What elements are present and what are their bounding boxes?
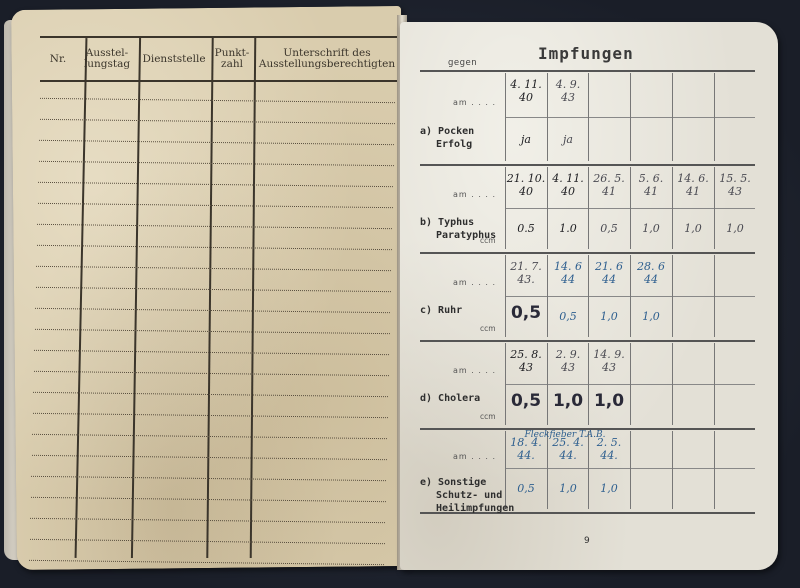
column-divider	[588, 73, 589, 161]
handwritten-note: Fleckfieber T.A.B.	[505, 429, 625, 442]
section-label-c: c) Ruhr	[420, 304, 462, 317]
column-divider	[630, 73, 631, 161]
column-divider	[714, 73, 715, 161]
column-divider	[672, 343, 673, 425]
section-label-d: d) Cholera	[420, 392, 480, 405]
ccm-label: ccm	[480, 324, 496, 333]
section-label-line: Erfolg	[420, 138, 474, 151]
vaccination-date: 4. 11. 40	[548, 172, 588, 198]
vaccination-date: 21. 6 44	[589, 260, 629, 286]
vaccination-dose: 0,5	[506, 307, 546, 320]
section-divider	[420, 340, 755, 342]
vaccination-dose: 0,5	[548, 310, 588, 323]
section-divider	[420, 252, 755, 254]
vaccination-dose: 1.0	[548, 222, 588, 235]
ccm-label: ccm	[480, 412, 496, 421]
column-divider	[630, 343, 631, 425]
column-divider	[672, 255, 673, 337]
vaccination-dose: 0,5	[506, 395, 546, 408]
vaccination-dose: 1,0	[589, 395, 629, 408]
vaccination-dose: 0.5	[506, 222, 546, 235]
vaccination-dose: 1,0	[589, 310, 629, 323]
ccm-label: ccm	[480, 236, 496, 245]
vaccination-date: 14. 6. 41	[673, 172, 713, 198]
section-label-line: b) Typhus	[420, 216, 496, 229]
column-divider	[672, 73, 673, 161]
vaccination-dose: 1,0	[673, 222, 713, 235]
am-label: am . . . .	[453, 190, 496, 199]
header-nr: Nr.	[40, 38, 76, 80]
section-label-a: a) PockenErfolg	[420, 125, 474, 151]
section-label-line: d) Cholera	[420, 392, 480, 405]
vaccination-date: 5. 6. 41	[631, 172, 671, 198]
vaccination-date: 2. 9. 43	[548, 348, 588, 374]
header-unterschrift: Unterschrift des Ausstellungsberechtigte…	[254, 38, 400, 80]
vaccination-dose: 0,5	[506, 482, 546, 495]
column-divider	[714, 255, 715, 337]
vaccination-dose: 1,0	[548, 482, 588, 495]
column-divider	[714, 343, 715, 425]
column-divider	[714, 431, 715, 509]
section-label-line: a) Pocken	[420, 125, 474, 138]
am-label: am . . . .	[453, 366, 496, 375]
header-dienststelle: Dienststelle	[138, 38, 210, 80]
section-label-line: e) Sonstige	[420, 476, 514, 489]
vaccination-date: 28. 6 44	[631, 260, 671, 286]
vaccination-date: 26. 5. 41	[589, 172, 629, 198]
section-label-line: c) Ruhr	[420, 304, 462, 317]
page-title: Impfungen	[538, 44, 634, 63]
section-label-e: e) SonstigeSchutz- undHeilimpfungen	[420, 476, 514, 515]
vaccination-dose: 1,0	[715, 222, 755, 235]
vaccination-dose: 1,0	[631, 222, 671, 235]
vaccination-date: 21. 10. 40	[506, 172, 546, 198]
vaccination-date: 4. 9. 43	[548, 78, 588, 104]
vaccination-dose: 1,0	[589, 482, 629, 495]
left-table-header: Nr. Ausstel- lungstag Dienststelle Punkt…	[40, 36, 400, 82]
vaccination-date: 15. 5. 43	[715, 172, 755, 198]
column-divider	[630, 431, 631, 509]
vaccination-date: 25. 8. 43	[506, 348, 546, 374]
gegen-label: gegen	[448, 58, 477, 68]
column-divider	[672, 431, 673, 509]
header-punktzahl: Punkt- zahl	[212, 38, 252, 80]
vaccination-dose: 0,5	[589, 222, 629, 235]
section-divider	[420, 164, 755, 166]
page-number: 9	[584, 536, 590, 546]
am-label: am . . . .	[453, 98, 496, 107]
vaccination-dose: 1,0	[631, 310, 671, 323]
vaccination-date: 4. 11. 40	[506, 78, 546, 104]
vaccination-date: 21. 7. 43.	[506, 260, 546, 286]
am-label: am . . . .	[453, 278, 496, 287]
section-label-line: Heilimpfungen	[420, 502, 514, 515]
vaccination-dose: ja	[548, 133, 588, 146]
vaccination-dose: 1,0	[548, 395, 588, 408]
am-label: am . . . .	[453, 452, 496, 461]
vaccination-date: 14. 6 44	[548, 260, 588, 286]
vaccination-dose: ja	[506, 133, 546, 146]
table-top-rule	[420, 70, 755, 72]
section-label-line: Schutz- und	[420, 489, 514, 502]
vaccination-date: 14. 9. 43	[589, 348, 629, 374]
